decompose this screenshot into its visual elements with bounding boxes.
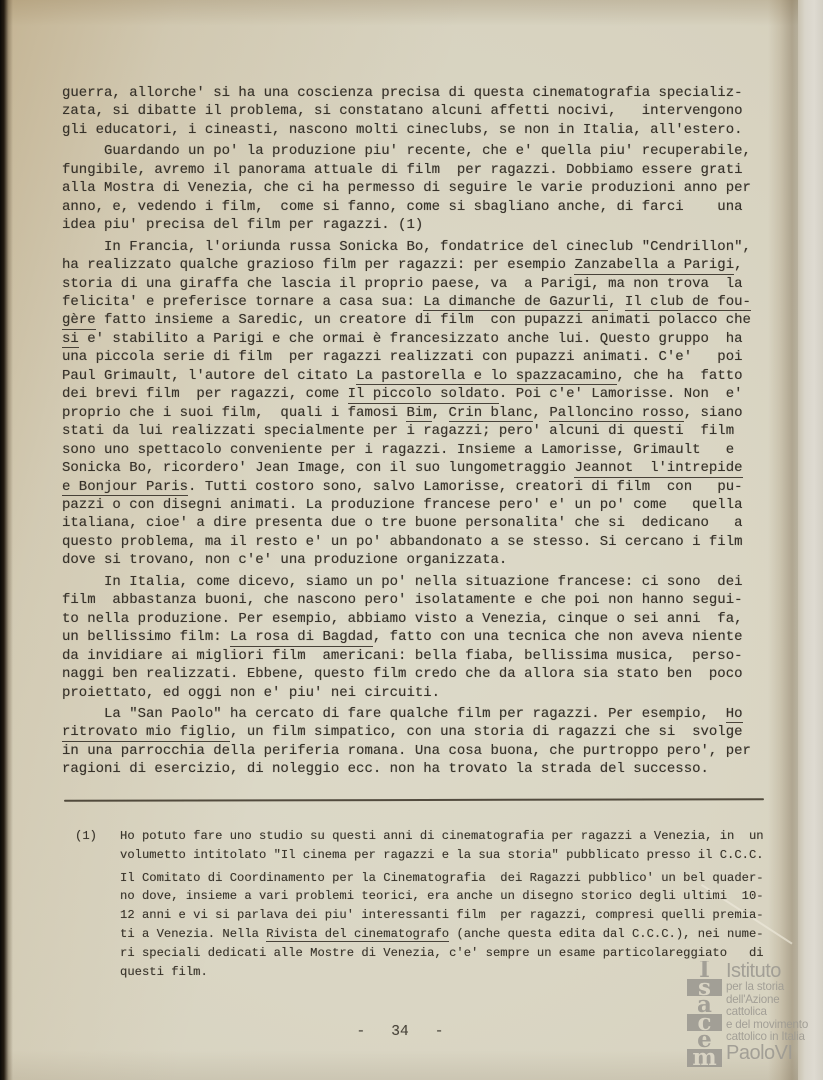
text-line: si e' stabilito a Parigi e che ormai è f… xyxy=(62,330,770,348)
underlined-title: Crin blanc xyxy=(449,405,533,423)
text-line: zata, si dibatte il problema, si constat… xyxy=(62,102,770,120)
text-line: una piccola serie di film per ragazzi re… xyxy=(62,348,770,366)
footnote-body: Il Comitato di Coordinamento per la Cine… xyxy=(120,869,775,982)
text-line: italiana, cioe' a dire presenta due o tr… xyxy=(62,514,770,532)
text-line: dei brevi film per ragazzi, come Il picc… xyxy=(62,385,770,403)
text-line: un bellissimo film: La rosa di Bagdad, f… xyxy=(62,628,770,646)
text-line: no dove, insieme a vari problemi teorici… xyxy=(120,887,775,906)
stamp-text-block: Istituto per la storia dell'Azione catto… xyxy=(726,961,823,1067)
left-spine-shadow xyxy=(0,0,13,1080)
text-line: pazzi o con disegni animati. La produzio… xyxy=(62,496,770,514)
underlined-title: Rivista del cinematografo xyxy=(266,927,449,943)
text-line: Ho potuto fare uno studio su questi anni… xyxy=(120,827,775,846)
text-line: Paul Grimault, l'autore del citato La pa… xyxy=(62,367,770,385)
text-line: La "San Paolo" ha cercato di fare qualch… xyxy=(62,705,770,723)
text-line: e Bonjour Paris. Tutti costoro sono, sal… xyxy=(62,478,770,496)
text-line: Guardando un po' la produzione piu' rece… xyxy=(62,142,770,160)
text-line: proprio che i suoi film, quali i famosi … xyxy=(62,404,770,422)
text-line: anno, e, vedendo i film, come si fanno, … xyxy=(62,198,770,216)
text-line: felicita' e preferisce tornare a casa su… xyxy=(62,293,770,311)
text-line: da invidiare ai migliori film americani:… xyxy=(62,647,770,665)
stamp-letter-column: I s a c e m xyxy=(687,961,722,1067)
text-line: in una parrocchia della periferia romana… xyxy=(62,742,770,760)
text-line: idea piu' precisa del film per ragazzi. … xyxy=(62,216,770,234)
text-line: In Francia, l'oriunda russa Sonicka Bo, … xyxy=(62,238,770,256)
underlined-title: La pastorella e lo spazzacamino xyxy=(356,368,616,386)
underlined-title: Jeannot l'intrepide xyxy=(574,460,742,478)
paragraph: Guardando un po' la produzione piu' rece… xyxy=(62,142,770,234)
text-line: ragioni di esercizio, di noleggio ecc. n… xyxy=(62,760,770,778)
text-line: fungibile, avremo il panorama attuale di… xyxy=(62,161,770,179)
underlined-title: si xyxy=(62,331,79,349)
footnote-marker xyxy=(75,869,120,982)
footnote: Il Comitato di Coordinamento per la Cine… xyxy=(75,869,775,982)
underlined-title: La rosa di Bagdad xyxy=(230,629,373,647)
text-line: questi film. xyxy=(120,963,775,982)
text-line: storia di una giraffa che lascia il prop… xyxy=(62,275,770,293)
text-line: gli educatori, i cineasti, nascono molti… xyxy=(62,121,770,139)
footnote-body: Ho potuto fare uno studio su questi anni… xyxy=(120,827,775,865)
paragraph: La "San Paolo" ha cercato di fare qualch… xyxy=(62,705,770,779)
stamp-letter-e: e xyxy=(687,1031,722,1049)
text-line: In Italia, come dicevo, siamo un po' nel… xyxy=(62,573,770,591)
right-page-edge xyxy=(798,0,823,1080)
underlined-title: Palloncino rosso xyxy=(549,405,683,423)
underlined-title: Il piccolo soldato xyxy=(348,386,499,404)
underlined-title: Zanzabella a Parigi xyxy=(574,257,734,275)
underlined-title: Il club de fou- xyxy=(625,294,751,312)
footnote-section: (1)Ho potuto fare uno studio su questi a… xyxy=(75,827,775,985)
stamp-letter-c: c xyxy=(687,1014,722,1032)
text-line: alla Mostra di Venezia, che ci ha permes… xyxy=(62,179,770,197)
underlined-title: ritrovato mio figlio xyxy=(62,724,230,742)
text-line: film abbastanza buoni, che nascono pero'… xyxy=(62,591,770,609)
text-line: ritrovato mio figlio, un film simpatico,… xyxy=(62,723,770,741)
text-line: questo problema, ma il resto e' un po' a… xyxy=(62,533,770,551)
text-line: 12 anni e vi si parlava dei piu' interes… xyxy=(120,906,775,925)
text-line: Il Comitato di Coordinamento per la Cine… xyxy=(120,869,775,888)
text-line: proiettato, ed oggi non e' piu' nei circ… xyxy=(62,684,770,702)
isacem-stamp: I s a c e m Istituto per la storia dell'… xyxy=(687,961,823,1067)
underlined-title: Ho xyxy=(726,706,743,724)
underlined-title: e Bonjour Paris xyxy=(62,479,188,497)
stamp-letter-m: m xyxy=(687,1049,722,1067)
footnote-marker: (1) xyxy=(75,827,120,865)
text-line: gère fatto insieme a Saredic, un creator… xyxy=(62,311,770,329)
scanned-document-page: guerra, allorche' si ha una coscienza pr… xyxy=(0,0,823,1080)
underlined-title: La dimanche de Gazurli xyxy=(423,294,608,312)
paragraph: In Francia, l'oriunda russa Sonicka Bo, … xyxy=(62,238,770,570)
text-line: dove si trovano, non c'e' una produzione… xyxy=(62,551,770,569)
stamp-letter-i: I xyxy=(687,961,722,979)
stamp-line-2: dell'Azione cattolica xyxy=(726,994,823,1019)
underlined-title: Bim xyxy=(406,405,431,423)
stamp-line-istituto: Istituto xyxy=(726,962,823,981)
text-line: ti a Venezia. Nella Rivista del cinemato… xyxy=(120,925,775,944)
stamp-letter-s: s xyxy=(687,979,722,997)
text-line: guerra, allorche' si ha una coscienza pr… xyxy=(62,84,770,102)
text-line: ri speciali dedicati alle Mostre di Vene… xyxy=(120,944,775,963)
text-line: stati da lui realizzati specialmente per… xyxy=(62,422,770,440)
underlined-title: gère xyxy=(62,312,96,330)
text-line: to nella produzione. Per esempio, abbiam… xyxy=(62,610,770,628)
footnote-separator-rule xyxy=(64,798,764,801)
body-text: guerra, allorche' si ha una coscienza pr… xyxy=(62,84,770,782)
paragraph: guerra, allorche' si ha una coscienza pr… xyxy=(62,84,770,139)
page-number: - 34 - xyxy=(310,1024,490,1040)
footnote: (1)Ho potuto fare uno studio su questi a… xyxy=(75,827,775,865)
text-line: naggi ben realizzati. Ebbene, questo fil… xyxy=(62,665,770,683)
text-line: ha realizzato qualche grazioso film per … xyxy=(62,256,770,274)
text-line: Sonicka Bo, ricordero' Jean Image, con i… xyxy=(62,459,770,477)
stamp-line-paolovi: PaoloVI xyxy=(726,1044,823,1063)
text-line: volumetto intitolato "Il cinema per raga… xyxy=(120,846,775,865)
paragraph: In Italia, come dicevo, siamo un po' nel… xyxy=(62,573,770,702)
text-line: sono uno spettacolo conveniente per i ra… xyxy=(62,441,770,459)
stamp-letter-a: a xyxy=(687,996,722,1014)
stamp-line-1: per la storia xyxy=(726,981,823,994)
